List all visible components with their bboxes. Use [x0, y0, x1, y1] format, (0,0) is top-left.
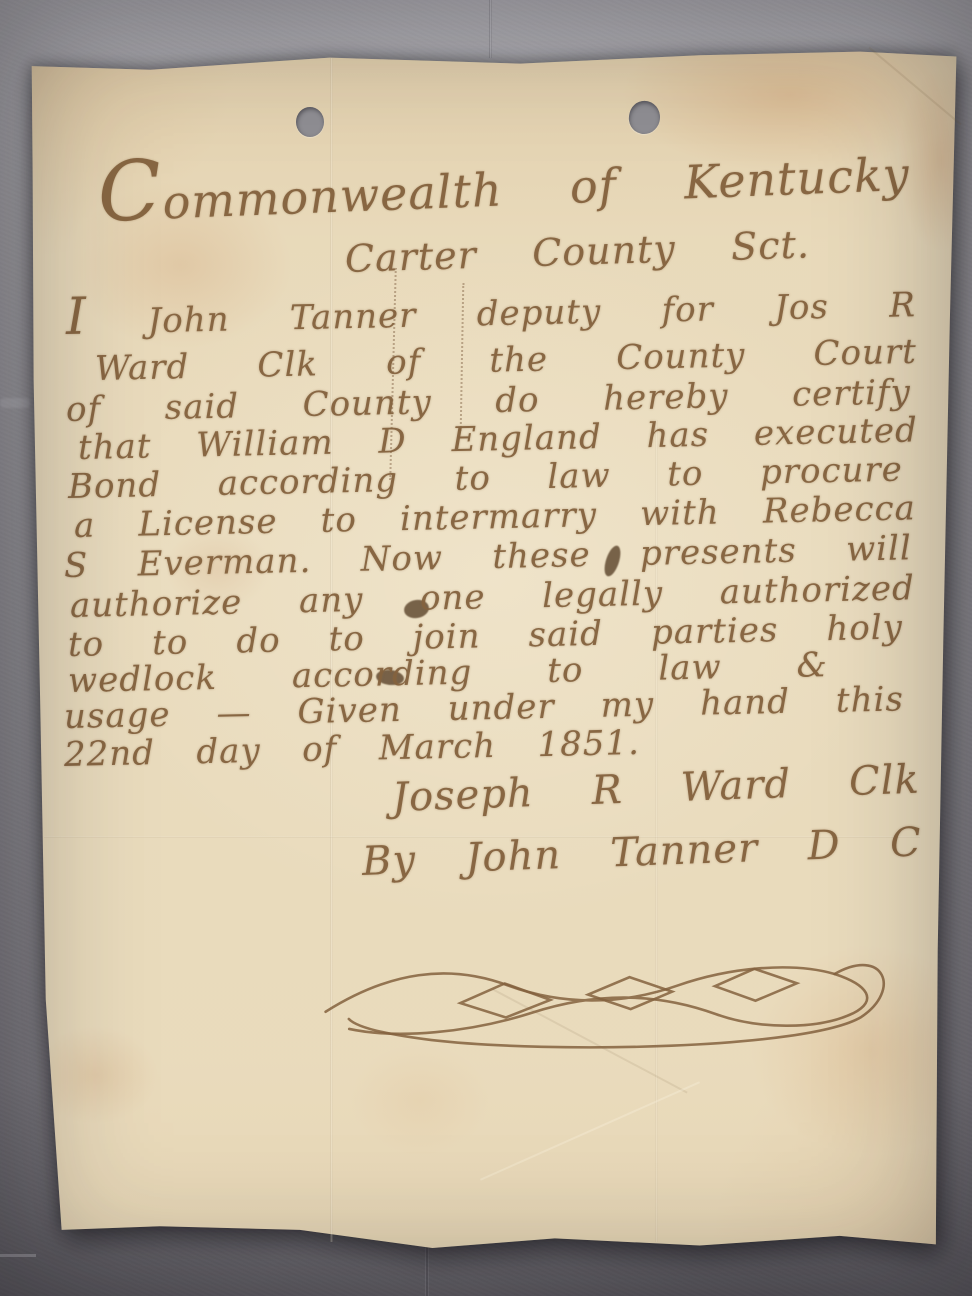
- signature-flourish: [298, 919, 912, 1060]
- signature-deputy: By John Tanner D C: [361, 822, 922, 882]
- body-line-1: I John Tanner deputy for Jos R: [66, 282, 917, 340]
- photo-of-document: Commonwealth of Kentucky Carter County S…: [0, 0, 972, 1296]
- paper-detail-overlay: Commonwealth of Kentucky Carter County S…: [0, 0, 972, 1296]
- heading-line-county: Carter County Sct.: [344, 225, 810, 278]
- signature-clerk: Joseph R Ward Clk: [391, 760, 920, 818]
- punch-hole-left: [296, 107, 324, 137]
- crease-diagonal-corner: [868, 47, 961, 126]
- date-line: 22nd day of March 1851.: [64, 726, 641, 772]
- crease-diagonal-2: [480, 1081, 700, 1180]
- heading-line-commonwealth: Commonwealth of Kentucky: [97, 137, 911, 228]
- punch-hole-right: [625, 98, 663, 138]
